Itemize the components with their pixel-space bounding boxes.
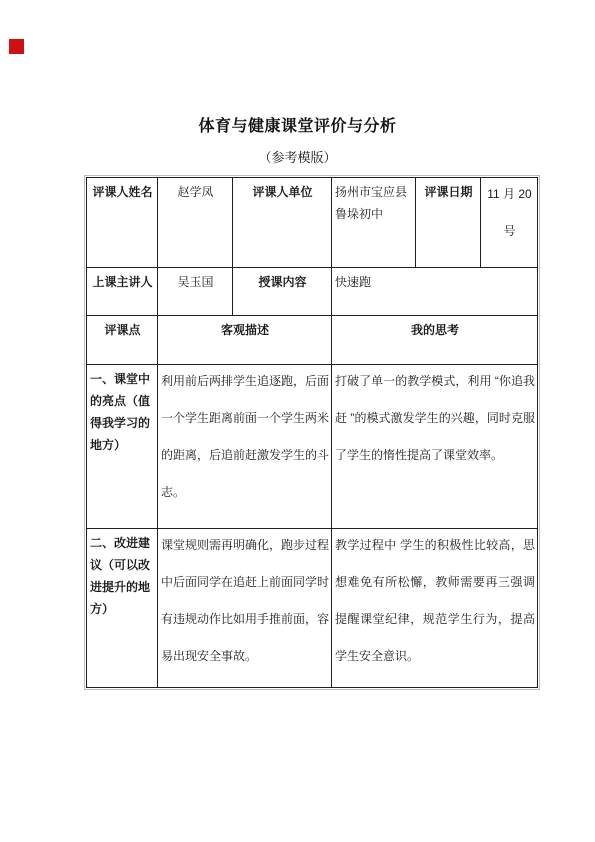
- table-row: 一、课堂中的亮点（值得我学习的地方） 利用前后两排学生追逐跑，后面一个学生距离前…: [87, 365, 538, 529]
- row2-objective-text: 课堂规则需再明确化，跑步过程中后面同学在追赶上前面同学时有违规动作比如用手推前面…: [161, 529, 329, 676]
- table-row: 二、改进建议（可以改进提升的地方） 课堂规则需再明确化，跑步过程中后面同学在追赶…: [87, 529, 538, 688]
- row1-thoughts-text: 打破了单一的教学模式，利用 “你追我赶 ”的模式激发学生的兴趣，同时克服了学生的…: [335, 365, 535, 475]
- lesson-content-value: 快速跑: [332, 268, 538, 316]
- row1-thoughts: 打破了单一的教学模式，利用 “你追我赶 ”的模式激发学生的兴趣，同时克服了学生的…: [332, 365, 538, 529]
- document-page: 体育与健康课堂评价与分析 （参考模版） 评课人姓名 赵学凤 评课人单位 扬州市宝…: [0, 0, 595, 842]
- table-header-row: 评课点 客观描述 我的思考: [87, 316, 538, 365]
- row1-objective: 利用前后两排学生追逐跑，后面一个学生距离前面一个学生两米的距离，后追前赶激发学生…: [158, 365, 332, 529]
- red-corner-marker: [9, 39, 24, 54]
- page-subtitle: （参考模版）: [0, 149, 595, 167]
- evaluation-table: 评课人姓名 赵学凤 评课人单位 扬州市宝应县鲁垛初中 评课日期 11 月 20 …: [84, 175, 540, 690]
- header-thoughts: 我的思考: [332, 316, 538, 365]
- review-date-text: 11 月 20 号: [484, 178, 535, 251]
- review-date-value: 11 月 20 号: [481, 178, 538, 268]
- header-point: 评课点: [87, 316, 158, 365]
- reviewer-name-label: 评课人姓名: [87, 178, 158, 268]
- row1-objective-text: 利用前后两排学生追逐跑，后面一个学生距离前面一个学生两米的距离，后追前赶激发学生…: [161, 365, 329, 512]
- table-row: 上课主讲人 吴玉国 授课内容 快速跑: [87, 268, 538, 316]
- lecturer-label: 上课主讲人: [87, 268, 158, 316]
- lesson-content-label: 授课内容: [233, 268, 332, 316]
- row1-point: 一、课堂中的亮点（值得我学习的地方）: [87, 365, 158, 529]
- page-title: 体育与健康课堂评价与分析: [0, 116, 595, 138]
- row2-thoughts: 教学过程中 学生的积极性比较高，思想难免有所松懈，教师需要再三强调提醒课堂纪律，…: [332, 529, 538, 688]
- review-date-label: 评课日期: [416, 178, 481, 268]
- row2-point: 二、改进建议（可以改进提升的地方）: [87, 529, 158, 688]
- lecturer-value: 吴玉国: [158, 268, 233, 316]
- table-row: 评课人姓名 赵学凤 评课人单位 扬州市宝应县鲁垛初中 评课日期 11 月 20 …: [87, 178, 538, 268]
- reviewer-unit-label: 评课人单位: [233, 178, 332, 268]
- header-objective: 客观描述: [158, 316, 332, 365]
- reviewer-name-value: 赵学凤: [158, 178, 233, 268]
- row2-objective: 课堂规则需再明确化，跑步过程中后面同学在追赶上前面同学时有违规动作比如用手推前面…: [158, 529, 332, 688]
- reviewer-unit-value: 扬州市宝应县鲁垛初中: [332, 178, 416, 268]
- row2-thoughts-text: 教学过程中 学生的积极性比较高，思想难免有所松懈，教师需要再三强调提醒课堂纪律，…: [335, 529, 535, 676]
